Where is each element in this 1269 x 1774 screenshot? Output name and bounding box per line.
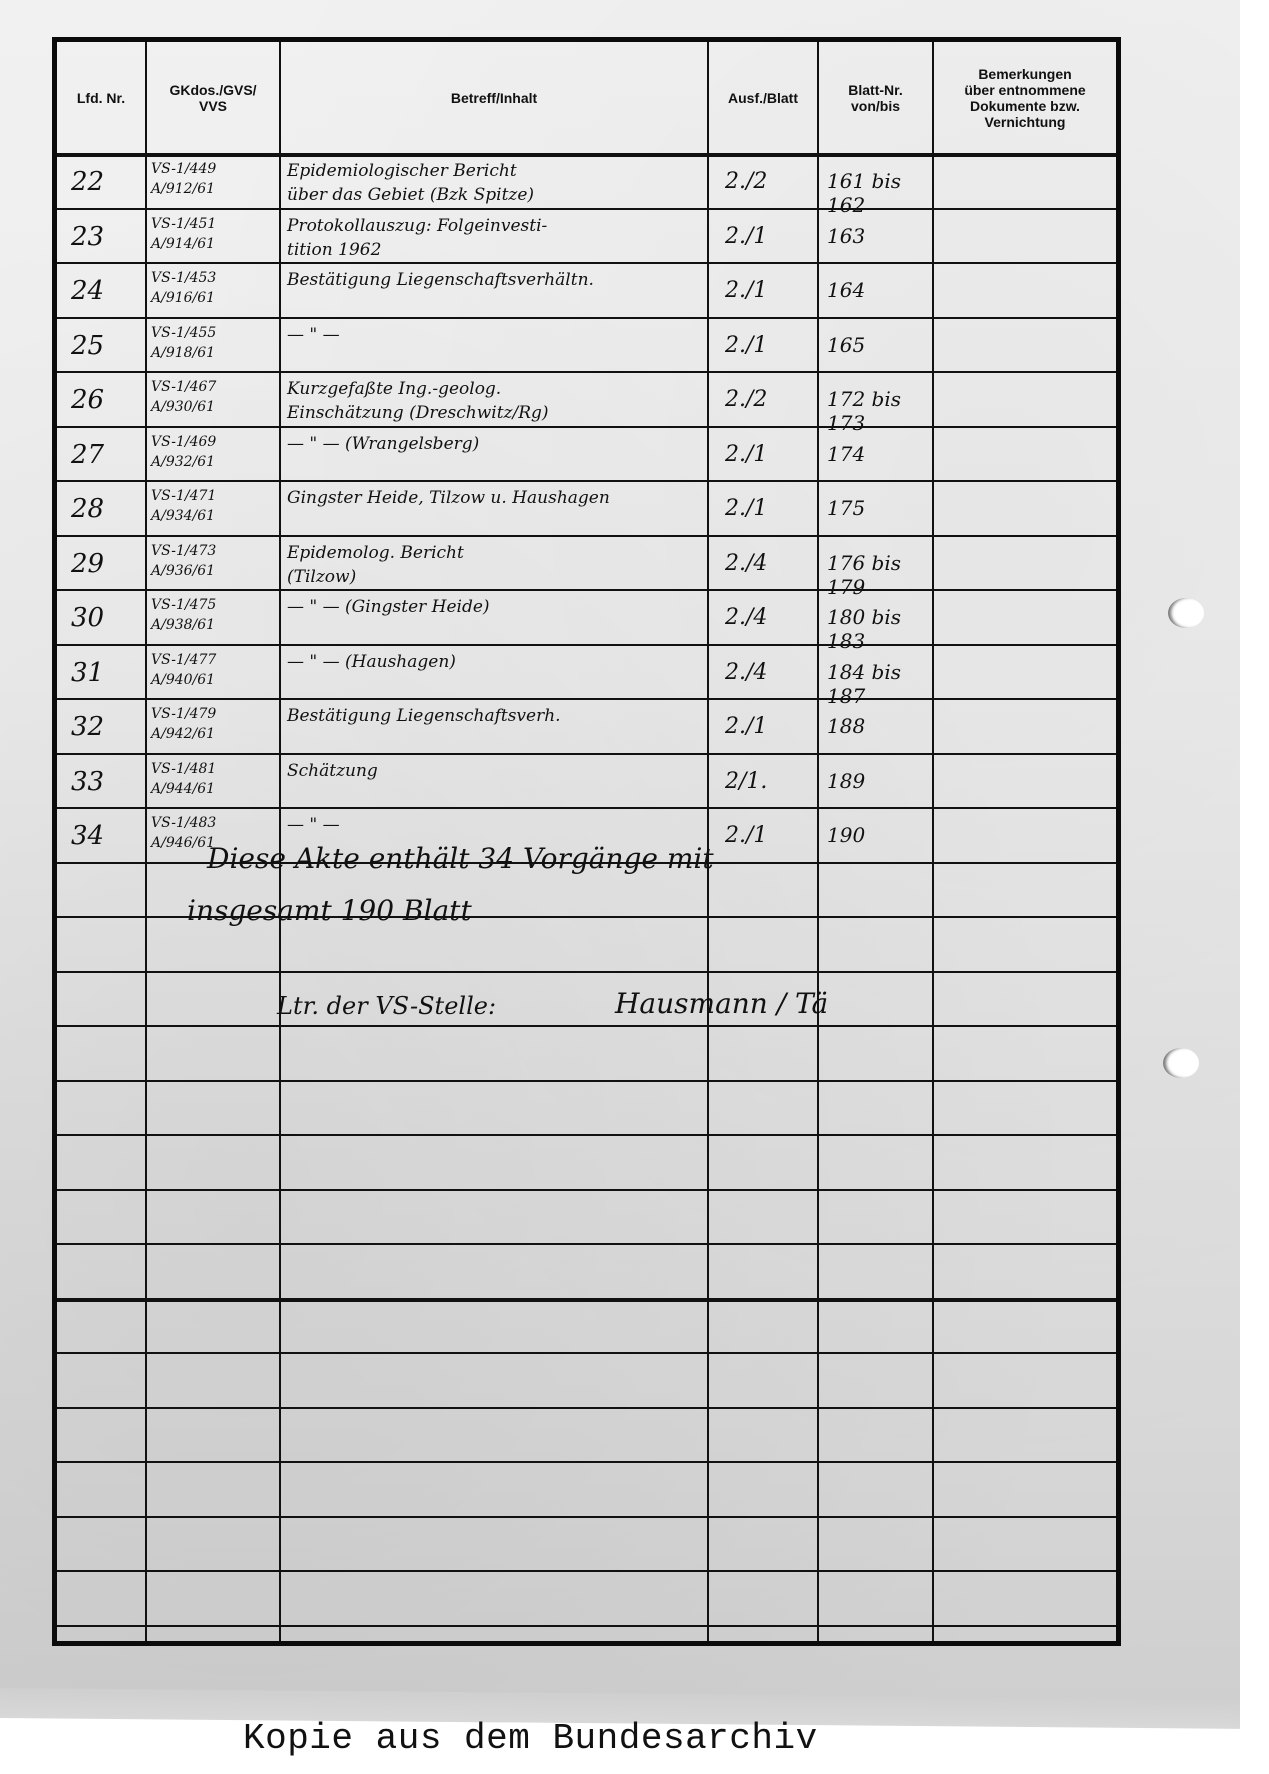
row-subject: Schätzung <box>281 759 705 783</box>
row-reference: VS-1/469 A/932/61 <box>147 432 275 472</box>
row-reference: VS-1/471 A/934/61 <box>147 486 275 526</box>
row-divider <box>57 971 1116 973</box>
punch-hole-top <box>1168 598 1204 628</box>
archive-stamp: Kopie aus dem Bundesarchiv <box>243 1718 818 1759</box>
row-reference: VS-1/451 A/914/61 <box>147 214 275 254</box>
row-sheet-range: 176 bis 179 <box>819 551 932 599</box>
header-ausf-blatt: Ausf./Blatt <box>709 42 817 153</box>
header-gkdos: GKdos./GVS/ VVS <box>147 42 279 153</box>
row-subject: Epidemiologischer Bericht über das Gebie… <box>281 159 705 207</box>
row-divider <box>57 807 1116 809</box>
row-reference: VS-1/453 A/916/61 <box>147 268 275 308</box>
row-divider <box>57 1407 1116 1409</box>
row-divider <box>57 1298 1116 1302</box>
row-number: 28 <box>57 494 151 524</box>
row-divider <box>57 1625 1116 1627</box>
row-divider <box>57 371 1116 373</box>
row-divider <box>57 1243 1116 1245</box>
row-sheet-range: 161 bis 162 <box>819 169 932 217</box>
row-copy-sheet: 2./1 <box>709 442 825 467</box>
row-reference: VS-1/473 A/936/61 <box>147 541 275 581</box>
row-subject: — " — (Wrangelsberg) <box>281 432 705 456</box>
summary-line-2: insgesamt 190 Blatt <box>187 894 472 927</box>
row-divider <box>57 208 1116 210</box>
row-reference: VS-1/475 A/938/61 <box>147 595 275 635</box>
signature-label: Ltr. der VS-Stelle: <box>277 992 496 1020</box>
row-copy-sheet: 2./4 <box>709 605 825 630</box>
signature: Hausmann / Tä <box>615 987 828 1020</box>
row-copy-sheet: 2./1 <box>709 333 825 358</box>
row-number: 22 <box>57 167 151 197</box>
row-divider <box>57 535 1116 537</box>
row-copy-sheet: 2/1. <box>709 769 825 794</box>
row-subject: — " — (Gingster Heide) <box>281 595 705 619</box>
column-divider <box>932 42 934 1641</box>
row-divider <box>57 698 1116 700</box>
row-copy-sheet: 2./4 <box>709 551 825 576</box>
punch-hole-bottom <box>1163 1048 1199 1078</box>
row-reference: VS-1/481 A/944/61 <box>147 759 275 799</box>
header-blatt-nr: Blatt-Nr. von/bis <box>819 42 932 153</box>
row-divider <box>57 480 1116 482</box>
row-sheet-range: 172 bis 173 <box>819 387 932 435</box>
row-divider <box>57 1080 1116 1082</box>
row-number: 24 <box>57 276 151 306</box>
row-divider <box>57 1461 1116 1463</box>
row-subject: Bestätigung Liegenschaftsverh. <box>281 704 705 728</box>
row-divider <box>57 153 1116 157</box>
register-table: Lfd. Nr. GKdos./GVS/ VVS Betreff/Inhalt … <box>52 37 1121 1646</box>
row-divider <box>57 262 1116 264</box>
row-divider <box>57 589 1116 591</box>
row-reference: VS-1/467 A/930/61 <box>147 377 275 417</box>
row-subject: Protokollauszug: Folgeinvesti- tition 19… <box>281 214 705 262</box>
row-subject: Kurzgefaßte Ing.-geolog. Einschätzung (D… <box>281 377 705 425</box>
header-bemerkungen: Bemerkungen über entnommene Dokumente bz… <box>934 42 1116 153</box>
row-copy-sheet: 2./4 <box>709 660 825 685</box>
row-subject: — " — <box>281 323 705 347</box>
row-number: 33 <box>57 767 151 797</box>
row-number: 26 <box>57 385 151 415</box>
row-subject: Gingster Heide, Tilzow u. Haushagen <box>281 486 705 510</box>
row-divider <box>57 862 1116 864</box>
row-sheet-range: 190 <box>819 823 932 847</box>
row-subject: Bestätigung Liegenschaftsverhältn. <box>281 268 705 292</box>
row-divider <box>57 1570 1116 1572</box>
row-sheet-range: 188 <box>819 714 932 738</box>
row-number: 23 <box>57 222 151 252</box>
row-sheet-range: 189 <box>819 769 932 793</box>
row-sheet-range: 164 <box>819 278 932 302</box>
row-divider <box>57 644 1116 646</box>
row-divider <box>57 426 1116 428</box>
row-reference: VS-1/479 A/942/61 <box>147 704 275 744</box>
row-copy-sheet: 2./1 <box>709 224 825 249</box>
summary-line-1: Diese Akte enthält 34 Vorgänge mit <box>207 842 714 875</box>
row-divider <box>57 753 1116 755</box>
row-reference: VS-1/455 A/918/61 <box>147 323 275 363</box>
row-copy-sheet: 2./1 <box>709 278 825 303</box>
row-divider <box>57 1352 1116 1354</box>
row-number: 31 <box>57 658 151 688</box>
row-copy-sheet: 2./2 <box>709 387 825 412</box>
row-sheet-range: 180 bis 183 <box>819 605 932 653</box>
row-divider <box>57 1134 1116 1136</box>
header-lfd-nr: Lfd. Nr. <box>57 42 145 153</box>
row-sheet-range: 174 <box>819 442 932 466</box>
row-sheet-range: 175 <box>819 496 932 520</box>
row-reference: VS-1/477 A/940/61 <box>147 650 275 690</box>
row-subject: — " — (Haushagen) <box>281 650 705 674</box>
row-copy-sheet: 2./2 <box>709 169 825 194</box>
row-number: 29 <box>57 549 151 579</box>
row-divider <box>57 1025 1116 1027</box>
row-sheet-range: 165 <box>819 333 932 357</box>
row-number: 32 <box>57 712 151 742</box>
row-subject: — " — <box>281 813 705 837</box>
row-copy-sheet: 2./1 <box>709 714 825 739</box>
row-number: 34 <box>57 821 151 851</box>
row-number: 27 <box>57 440 151 470</box>
row-sheet-range: 163 <box>819 224 932 248</box>
row-number: 30 <box>57 603 151 633</box>
row-number: 25 <box>57 331 151 361</box>
header-betreff: Betreff/Inhalt <box>281 42 707 153</box>
row-divider <box>57 1516 1116 1518</box>
row-reference: VS-1/449 A/912/61 <box>147 159 275 199</box>
row-divider <box>57 1189 1116 1191</box>
row-divider <box>57 916 1116 918</box>
row-copy-sheet: 2./1 <box>709 496 825 521</box>
row-divider <box>57 317 1116 319</box>
row-subject: Epidemolog. Bericht (Tilzow) <box>281 541 705 589</box>
row-copy-sheet: 2./1 <box>709 823 825 848</box>
row-sheet-range: 184 bis 187 <box>819 660 932 708</box>
